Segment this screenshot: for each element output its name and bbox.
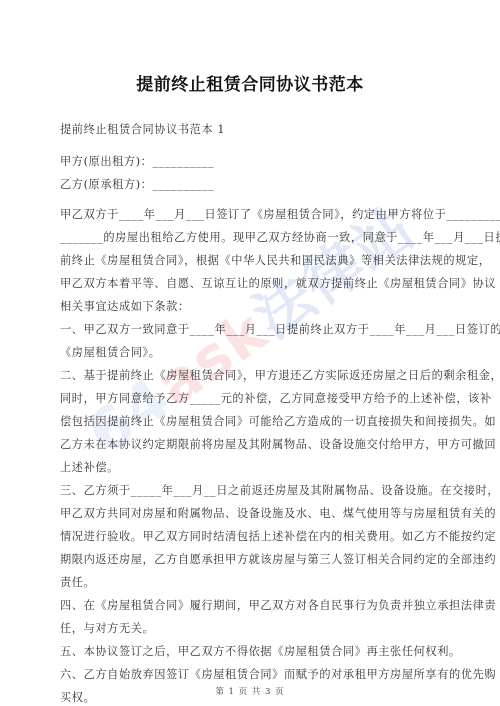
body-line: 偿包括因提前终止《房屋租赁合同》可能给乙方造成的一切直接损失和间接损失。如 <box>60 415 496 429</box>
body-line: 责任。 <box>60 576 95 590</box>
clause-2: 二、基于提前终止《房屋租赁合同》，甲方退还乙方实际返还房屋之日后的剩余租金， <box>60 369 500 383</box>
body-line: 前终止《房屋租赁合同》，根据《中华人民共和国民法典》等相关法律法规的规定， <box>60 254 491 268</box>
body-line: 上述补偿。 <box>60 461 119 475</box>
body-line: _______的房屋出租给乙方使用。现甲乙双方经协商一致，同意于____年___… <box>60 231 500 245</box>
party-b-field: 乙方(原承租方)：__________ <box>60 178 214 192</box>
clause-3: 三、乙方须于_____年___月__日之前返还房屋及其附属物品、设备设施。在交接… <box>60 484 499 498</box>
document-title: 提前终止租赁合同协议书范本 <box>0 70 500 95</box>
body-line: 情况进行验收。甲乙双方同时结清包括上述补偿在内的相关费用。如乙方不能按约定 <box>60 530 496 544</box>
document-page: 64ask法律站 提前终止租赁合同协议书范本 提前终止租赁合同协议书范本 1 甲… <box>0 0 500 706</box>
body-line: 《房屋租赁合同》。 <box>60 346 161 360</box>
clause-5: 五、本协议签订之后，甲乙双方不得依据《房屋租赁合同》再主张任何权利。 <box>60 645 461 659</box>
body-line: 甲乙双方共同对房屋和附属物品、设备设施及水、电、煤气使用等与房屋租赁有关的 <box>60 507 496 521</box>
body-line: 甲乙双方于____年___月___日签订了《房屋租赁合同》，约定由甲方将位于__… <box>60 208 500 222</box>
body-line: 相关事宜达成如下条款： <box>60 300 190 314</box>
body-line: 期限内返还房屋，乙方自愿承担甲方就该房屋与第三人签订相关合同约定的全部违约 <box>60 553 496 567</box>
party-a-field: 甲方(原出租方)：__________ <box>60 155 214 169</box>
clause-6: 六、乙方自始放弃因签订《房屋租赁合同》而赋予的对承租甲方房屋所享有的优先购 <box>60 668 496 682</box>
body-line: 乙方未在本协议约定期限前将房屋及其附属物品、设备设施交付给甲方，甲方可撤回 <box>60 438 496 452</box>
body-line: 任，与对方无关。 <box>60 622 154 636</box>
body-line: 同时，甲方同意给予乙方_____元的补偿，乙方同意接受甲方给予的上述补偿，该补 <box>60 392 492 406</box>
clause-4: 四、在《房屋租赁合同》履行期间，甲乙双方对各自民事行为负责并独立承担法律责 <box>60 599 496 613</box>
page-number: 第 1 页 共 3 页 <box>0 685 500 697</box>
body-line: 甲乙双方本着平等、自愿、互谅互让的原则，就双方提前终止《房屋租赁合同》协议 <box>60 277 496 291</box>
clause-1: 一、甲乙双方一致同意于____年___月___日提前终止双方于____年___月… <box>60 323 500 337</box>
document-subtitle: 提前终止租赁合同协议书范本 1 <box>60 123 225 137</box>
